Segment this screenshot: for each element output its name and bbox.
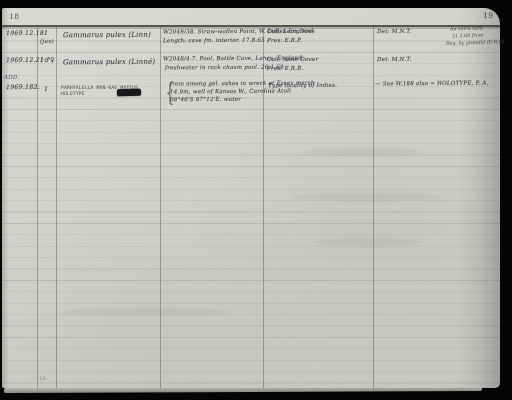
row3-add-label: ADD. <box>4 75 19 83</box>
page-number-right: 19 <box>483 11 494 20</box>
row1-determiner: Det: M.N.T. <box>377 29 411 37</box>
row3-locality-line3: 08°46'S 97°12'E. water <box>170 97 241 105</box>
row3-determiner-note: — See W.188 also = HOLOTYPE, P. A. <box>375 81 489 89</box>
row1-species-name: Gammarus pulex (Linn) <box>63 31 151 40</box>
ink-showthrough <box>312 238 422 246</box>
row2-determiner: Det: M.N.T. <box>377 57 411 65</box>
row1-presenter: Pres: E.R.P. <box>267 38 302 46</box>
row1-collector: Coll: Leon Dove <box>267 29 315 37</box>
row3-species-name-typed: Parhyalella man-kae Mateus holotype <box>61 86 159 98</box>
row3-redaction-mark <box>117 89 141 97</box>
row1-registration-number: 1969.12.18 <box>6 30 44 39</box>
row1-margin-note-line3: Reg. by grateful (E.R.B) <box>446 40 504 48</box>
ink-showthrough <box>62 308 232 316</box>
row2-species-name: Gammarus pulex (Linné) <box>63 58 155 67</box>
ink-showthrough <box>302 148 422 156</box>
page-number-bottom: 18 <box>39 376 46 382</box>
row3-registration-number: 1969.182. <box>6 84 40 93</box>
row1-quantity-note: (juv) <box>40 39 54 47</box>
column-line-2 <box>56 27 57 388</box>
row2-presenter: Pres: E.R.B. <box>267 66 303 74</box>
column-line-5 <box>373 27 374 388</box>
row2-collector: Coll: Anne Dover <box>267 57 318 65</box>
row2-quantity: 1♂♀ <box>40 57 55 66</box>
ledger-photo: 18 19 18 1969.12.18 1 (juv) Gammarus pul… <box>0 0 512 400</box>
header-rule <box>2 25 500 27</box>
ledger-page: 18 19 18 1969.12.18 1 (juv) Gammarus pul… <box>2 8 500 388</box>
row1-quantity: 1 <box>44 30 48 39</box>
row3-quantity: 1 <box>44 86 48 95</box>
page-number-left: 18 <box>9 12 20 21</box>
row1-locality-line2: Length: cave fm. interior. 17.8.65 <box>163 38 265 46</box>
row2-registration-number: 1969.12.21 <box>6 57 44 66</box>
ink-showthrough <box>292 193 442 201</box>
column-line-1 <box>37 27 38 388</box>
row1-margin-note-line2: 31.5.68 from <box>452 33 484 40</box>
column-line-3 <box>160 27 161 388</box>
row3-type-note: Type locality of Indies. <box>268 83 337 91</box>
